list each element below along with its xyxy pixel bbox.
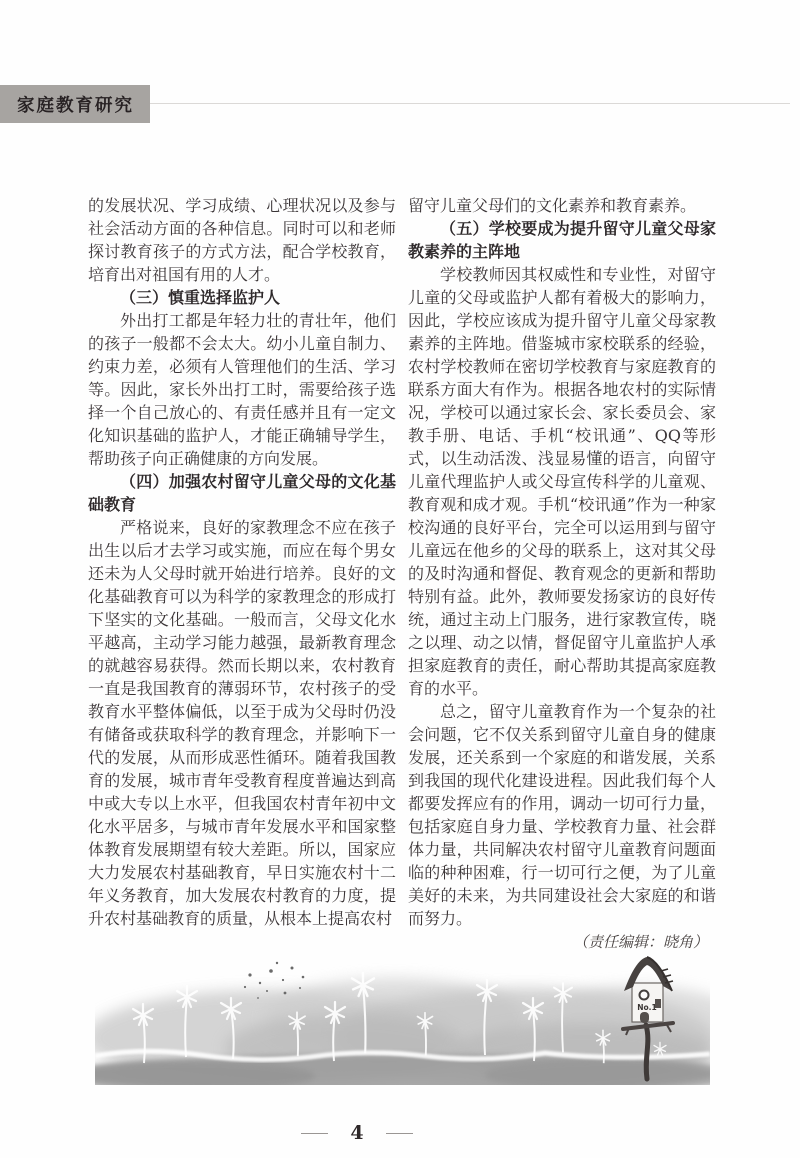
masthead-band: 家庭教育研究 <box>0 85 150 123</box>
left-column: 的发展状况、学习成绩、心理状况以及参与社会活动方面的各种信息。同时可以和老师探讨… <box>88 194 396 954</box>
section-title: 家庭教育研究 <box>17 92 134 117</box>
page-number: 4 <box>350 1122 363 1144</box>
masthead-rule <box>150 103 790 104</box>
text-block: 的发展状况、学习成绩、心理状况以及参与社会活动方面的各种信息。同时可以和老师探讨… <box>88 194 396 286</box>
footer-dash-left <box>301 1133 328 1134</box>
section-heading: （五）学校要成为提升留守儿童父母家教素养的主阵地 <box>408 217 716 263</box>
text-block: 外出打工都是年轻力壮的青壮年，他们的孩子一般都不会太大。幼小儿童自制力、约束力差… <box>88 309 396 470</box>
text-block: 留守儿童父母们的文化素养和教育素养。 <box>408 194 716 217</box>
magazine-page: 家庭教育研究 的发展状况、学习成绩、心理状况以及参与社会活动方面的各种信息。同时… <box>0 0 800 1158</box>
page-footer: 4 <box>0 1120 714 1146</box>
right-column: 留守儿童父母们的文化素养和教育素养。 （五）学校要成为提升留守儿童父母家教素养的… <box>408 194 716 954</box>
article-body: 的发展状况、学习成绩、心理状况以及参与社会活动方面的各种信息。同时可以和老师探讨… <box>88 194 716 954</box>
text-block: 学校教师因其权威性和专业性，对留守儿童的父母或监护人都有着极大的影响力，因此，学… <box>408 263 716 700</box>
inkwash-illustration-icon: No.1 <box>95 953 710 1085</box>
editor-credit: （责任编辑：晓角） <box>408 931 716 954</box>
section-heading: （四）加强农村留守儿童父母的文化基础教育 <box>88 470 396 516</box>
section-heading: （三）慎重选择监护人 <box>88 286 396 309</box>
text-block: 总之，留守儿童教育作为一个复杂的社会问题，它不仅关系到留守儿童自身的健康发展，还… <box>408 700 716 930</box>
birdhouse-label: No.1 <box>637 1003 657 1012</box>
footer-dash-right <box>386 1133 413 1134</box>
text-block: 严格说来，良好的家教理念不应在孩子出生以后才去学习或实施，而应在每个男女还未为人… <box>88 516 396 930</box>
